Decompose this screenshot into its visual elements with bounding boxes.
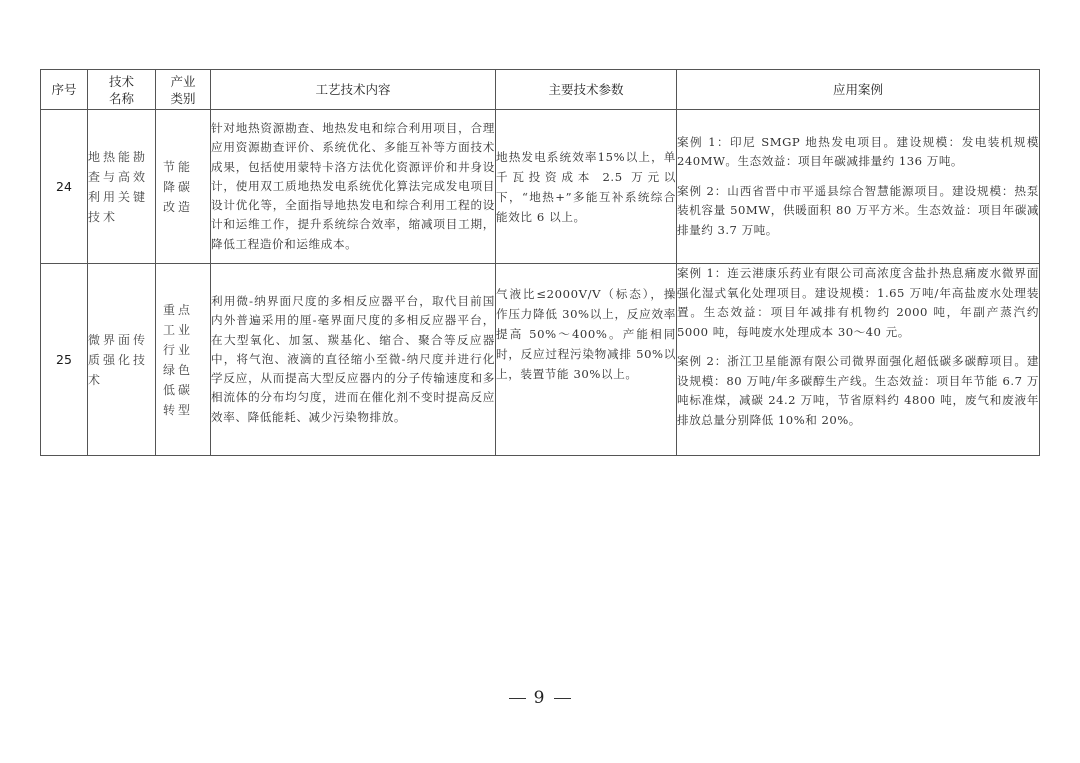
- industry-category: 节能降碳改造: [156, 110, 211, 264]
- case-2: 案例 2：山西省晋中市平遥县综合智慧能源项目。建设规模：热泵装机容量 50MW，…: [677, 182, 1039, 241]
- header-cases: 应用案例: [677, 70, 1040, 110]
- header-tech-name-text: 技术名称: [108, 73, 136, 107]
- document-page: 序号 技术名称 产业类别 工艺技术内容 主要技术参数 应用案例 24 地热能勘查…: [0, 0, 1080, 763]
- dash-right: [554, 698, 571, 699]
- tech-name: 微界面传质强化技术: [88, 264, 156, 456]
- industry-category-text: 重点工业行业绿色低碳转型: [163, 300, 203, 420]
- case-1: 案例 1：连云港康乐药业有限公司高浓度含盐扑热息痛废水微界面强化湿式氧化处理项目…: [677, 264, 1039, 342]
- application-cases: 案例 1：印尼 SMGP 地热发电项目。建设规模：发电装机规模 240MW。生态…: [677, 110, 1040, 264]
- case-1: 案例 1：印尼 SMGP 地热发电项目。建设规模：发电装机规模 240MW。生态…: [677, 133, 1039, 172]
- page-number: 9: [534, 688, 547, 708]
- row-number: 24: [41, 110, 88, 264]
- tech-params: 气液比≤2000V/V（标态），操作压力降低 30%以上，反应效率提高 50%～…: [496, 264, 677, 456]
- industry-category: 重点工业行业绿色低碳转型: [156, 264, 211, 456]
- technology-table: 序号 技术名称 产业类别 工艺技术内容 主要技术参数 应用案例 24 地热能勘查…: [40, 69, 1040, 456]
- application-cases: 案例 1：连云港康乐药业有限公司高浓度含盐扑热息痛废水微界面强化湿式氧化处理项目…: [677, 264, 1040, 456]
- header-content: 工艺技术内容: [211, 70, 496, 110]
- header-industry-text: 产业类别: [169, 73, 197, 107]
- table-row: 25 微界面传质强化技术 重点工业行业绿色低碳转型 利用微-纳界面尺度的多相反应…: [41, 264, 1040, 456]
- industry-category-text: 节能降碳改造: [163, 157, 203, 217]
- table-row: 24 地热能勘查与高效利用关键技术 节能降碳改造 针对地热资源勘查、地热发电和综…: [41, 110, 1040, 264]
- process-content: 针对地热资源勘查、地热发电和综合利用项目，合理应用资源勘查评价、系统优化、多能互…: [211, 110, 496, 264]
- header-industry: 产业类别: [156, 70, 211, 110]
- header-no: 序号: [41, 70, 88, 110]
- row-number: 25: [41, 264, 88, 456]
- tech-params: 地热发电系统效率15%以上，单千瓦投资成本 2.5 万元以下，“地热+”多能互补…: [496, 110, 677, 264]
- dash-left: [509, 698, 526, 699]
- process-content: 利用微-纳界面尺度的多相反应器平台，取代目前国内外普遍采用的厘-毫界面尺度的多相…: [211, 264, 496, 456]
- case-2: 案例 2：浙江卫星能源有限公司微界面强化超低碳多碳醇项目。建设规模：80 万吨/…: [677, 352, 1039, 430]
- tech-name: 地热能勘查与高效利用关键技术: [88, 110, 156, 264]
- table-header-row: 序号 技术名称 产业类别 工艺技术内容 主要技术参数 应用案例: [41, 70, 1040, 110]
- header-tech-name: 技术名称: [88, 70, 156, 110]
- page-footer: 9: [0, 688, 1080, 708]
- header-params: 主要技术参数: [496, 70, 677, 110]
